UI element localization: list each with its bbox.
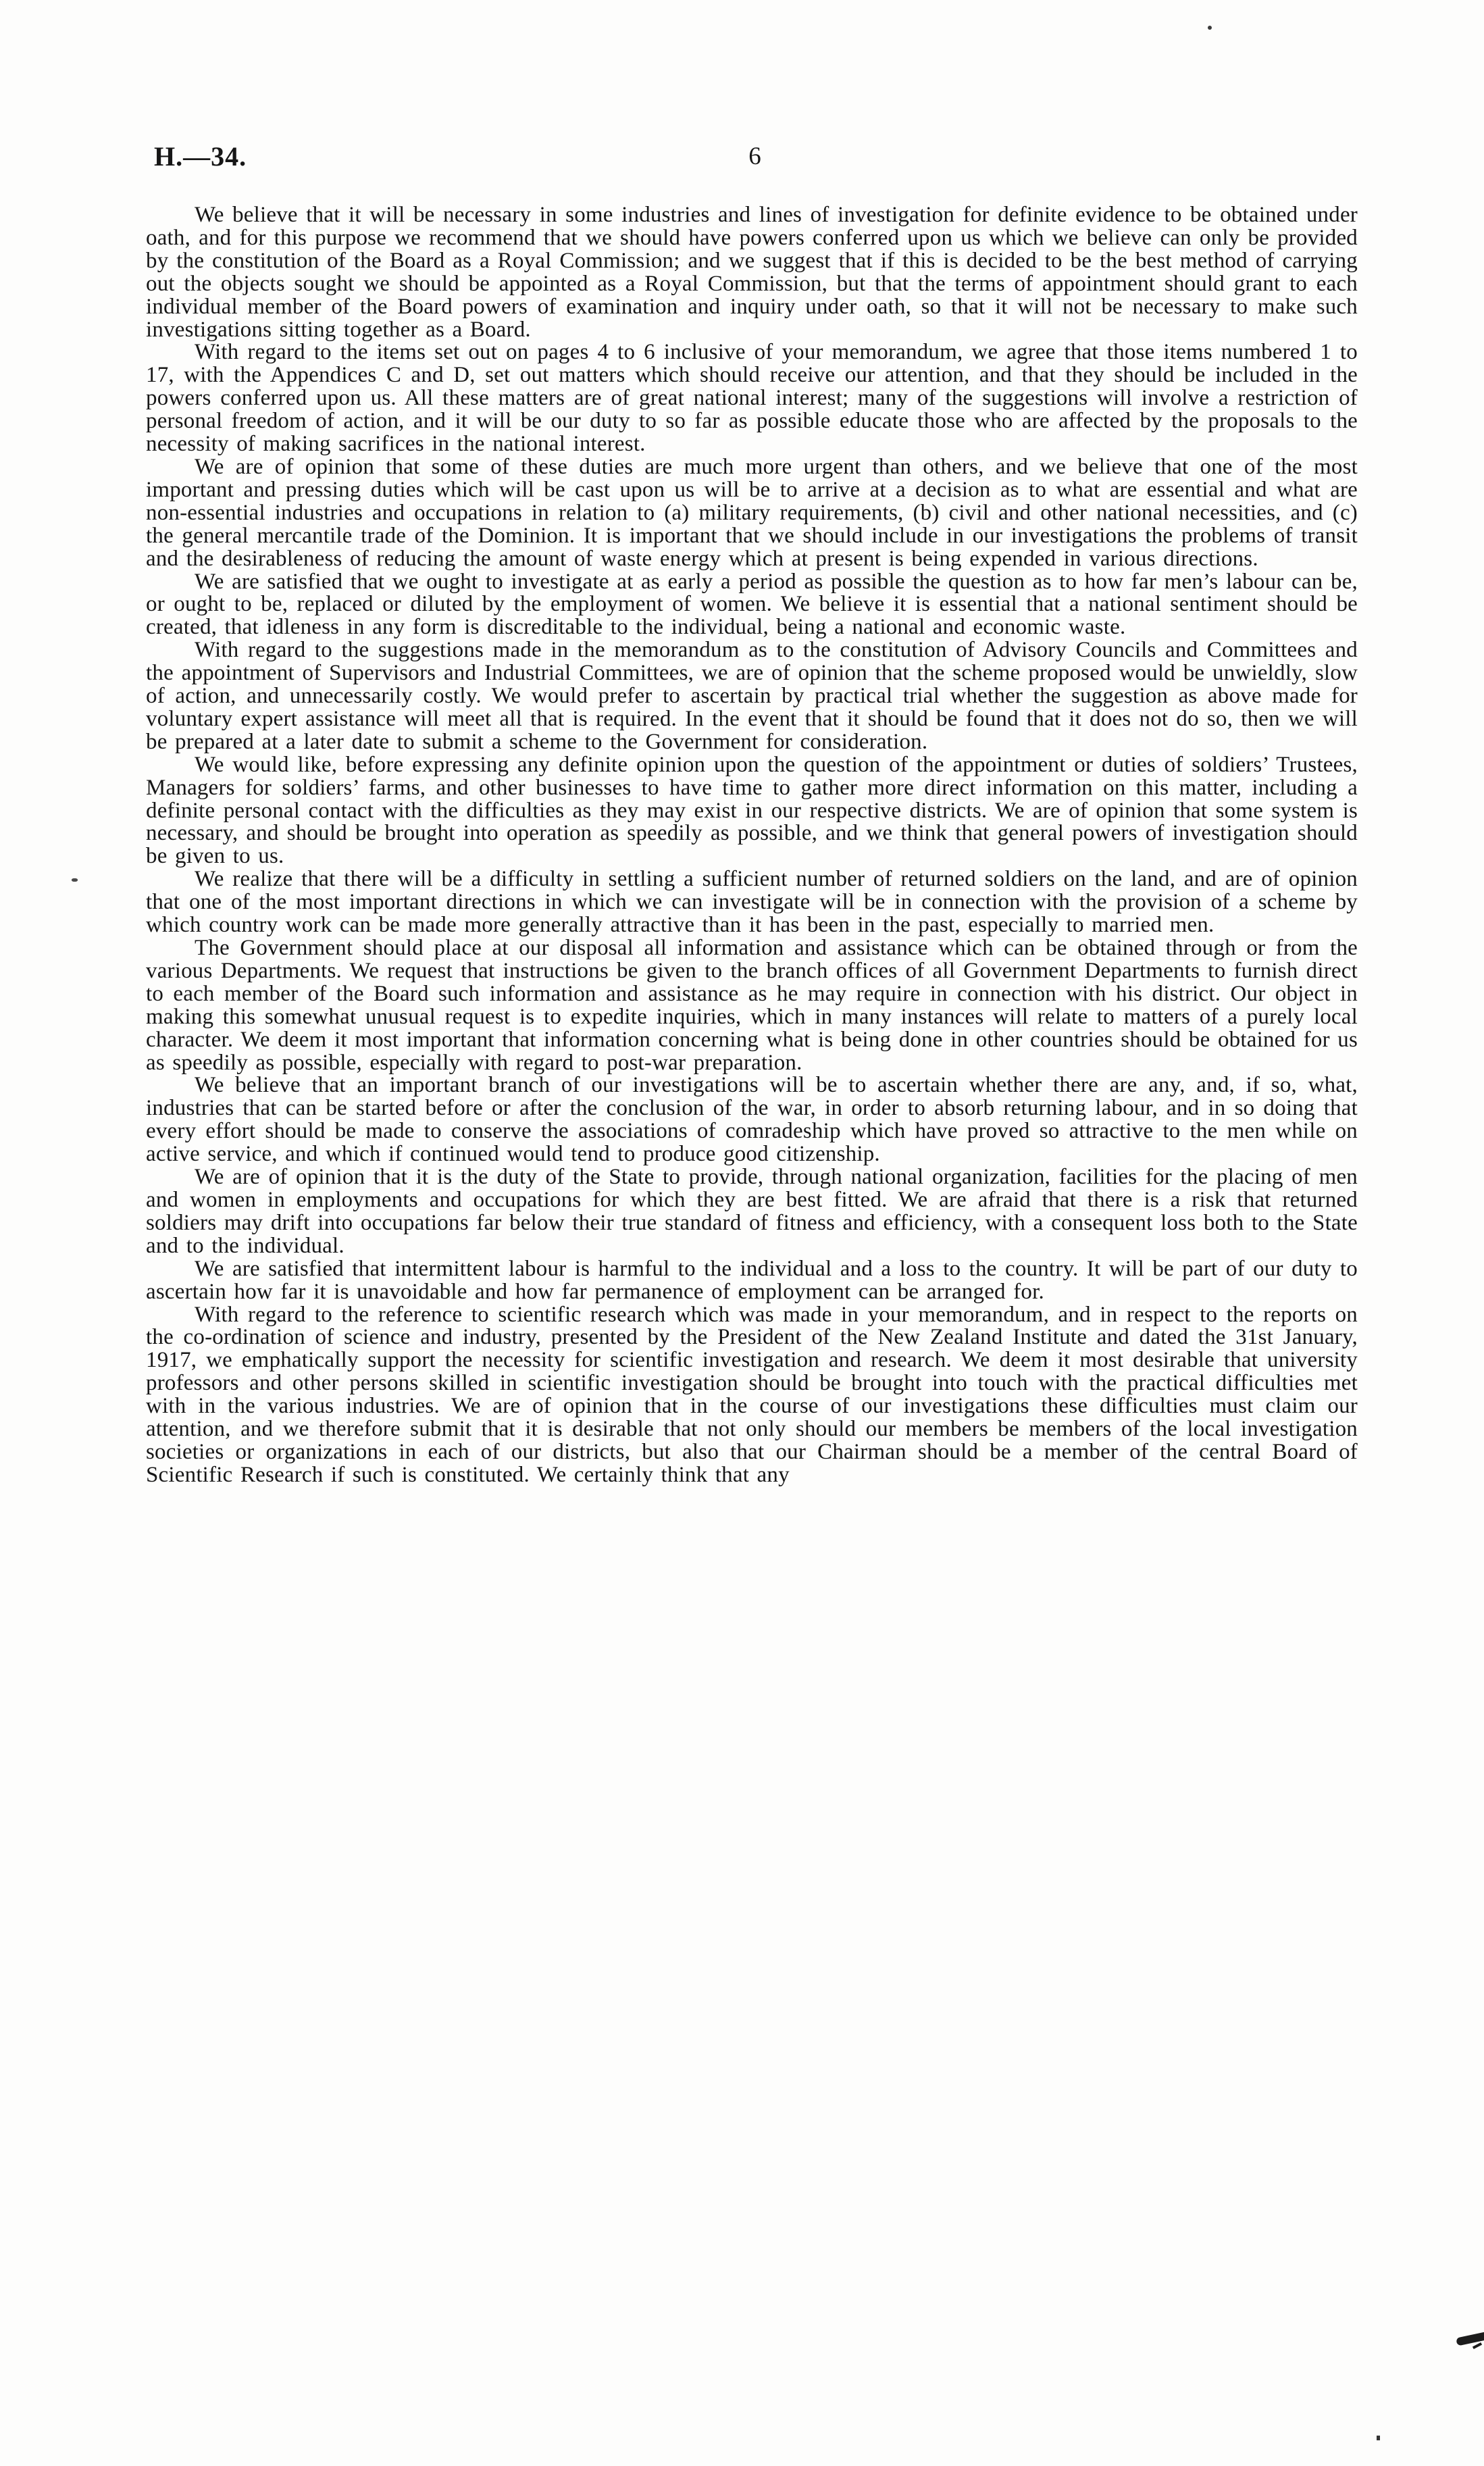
paragraph: We are of opinion that it is the duty of… — [146, 1166, 1358, 1258]
paragraph: With regard to the suggestions made in t… — [146, 639, 1358, 754]
paragraph: With regard to the reference to scientif… — [146, 1304, 1358, 1487]
paragraph: We realize that there will be a difficul… — [146, 868, 1358, 937]
ink-smudge — [1473, 2342, 1482, 2349]
scan-artifact-speck — [1208, 26, 1212, 30]
paragraph: We believe that an important branch of o… — [146, 1074, 1358, 1166]
paragraph: We are satisfied that we ought to invest… — [146, 571, 1358, 640]
document-body: We believe that it will be necessary in … — [146, 204, 1358, 1487]
paragraph: We are satisfied that intermittent labou… — [146, 1258, 1358, 1304]
scan-artifact-speck — [1377, 2436, 1380, 2440]
scan-artifact-speck — [72, 878, 78, 882]
page-number: 6 — [154, 142, 1356, 171]
page-header: H.—34. 6 — [154, 141, 1356, 181]
paragraph: We believe that it will be necessary in … — [146, 204, 1358, 341]
scanned-document-page: H.—34. 6 We believe that it will be nece… — [0, 0, 1484, 2466]
paragraph: The Government should place at our dispo… — [146, 937, 1358, 1074]
paragraph: We would like, before expressing any def… — [146, 754, 1358, 869]
paragraph: With regard to the items set out on page… — [146, 341, 1358, 456]
paragraph: We are of opinion that some of these dut… — [146, 456, 1358, 571]
